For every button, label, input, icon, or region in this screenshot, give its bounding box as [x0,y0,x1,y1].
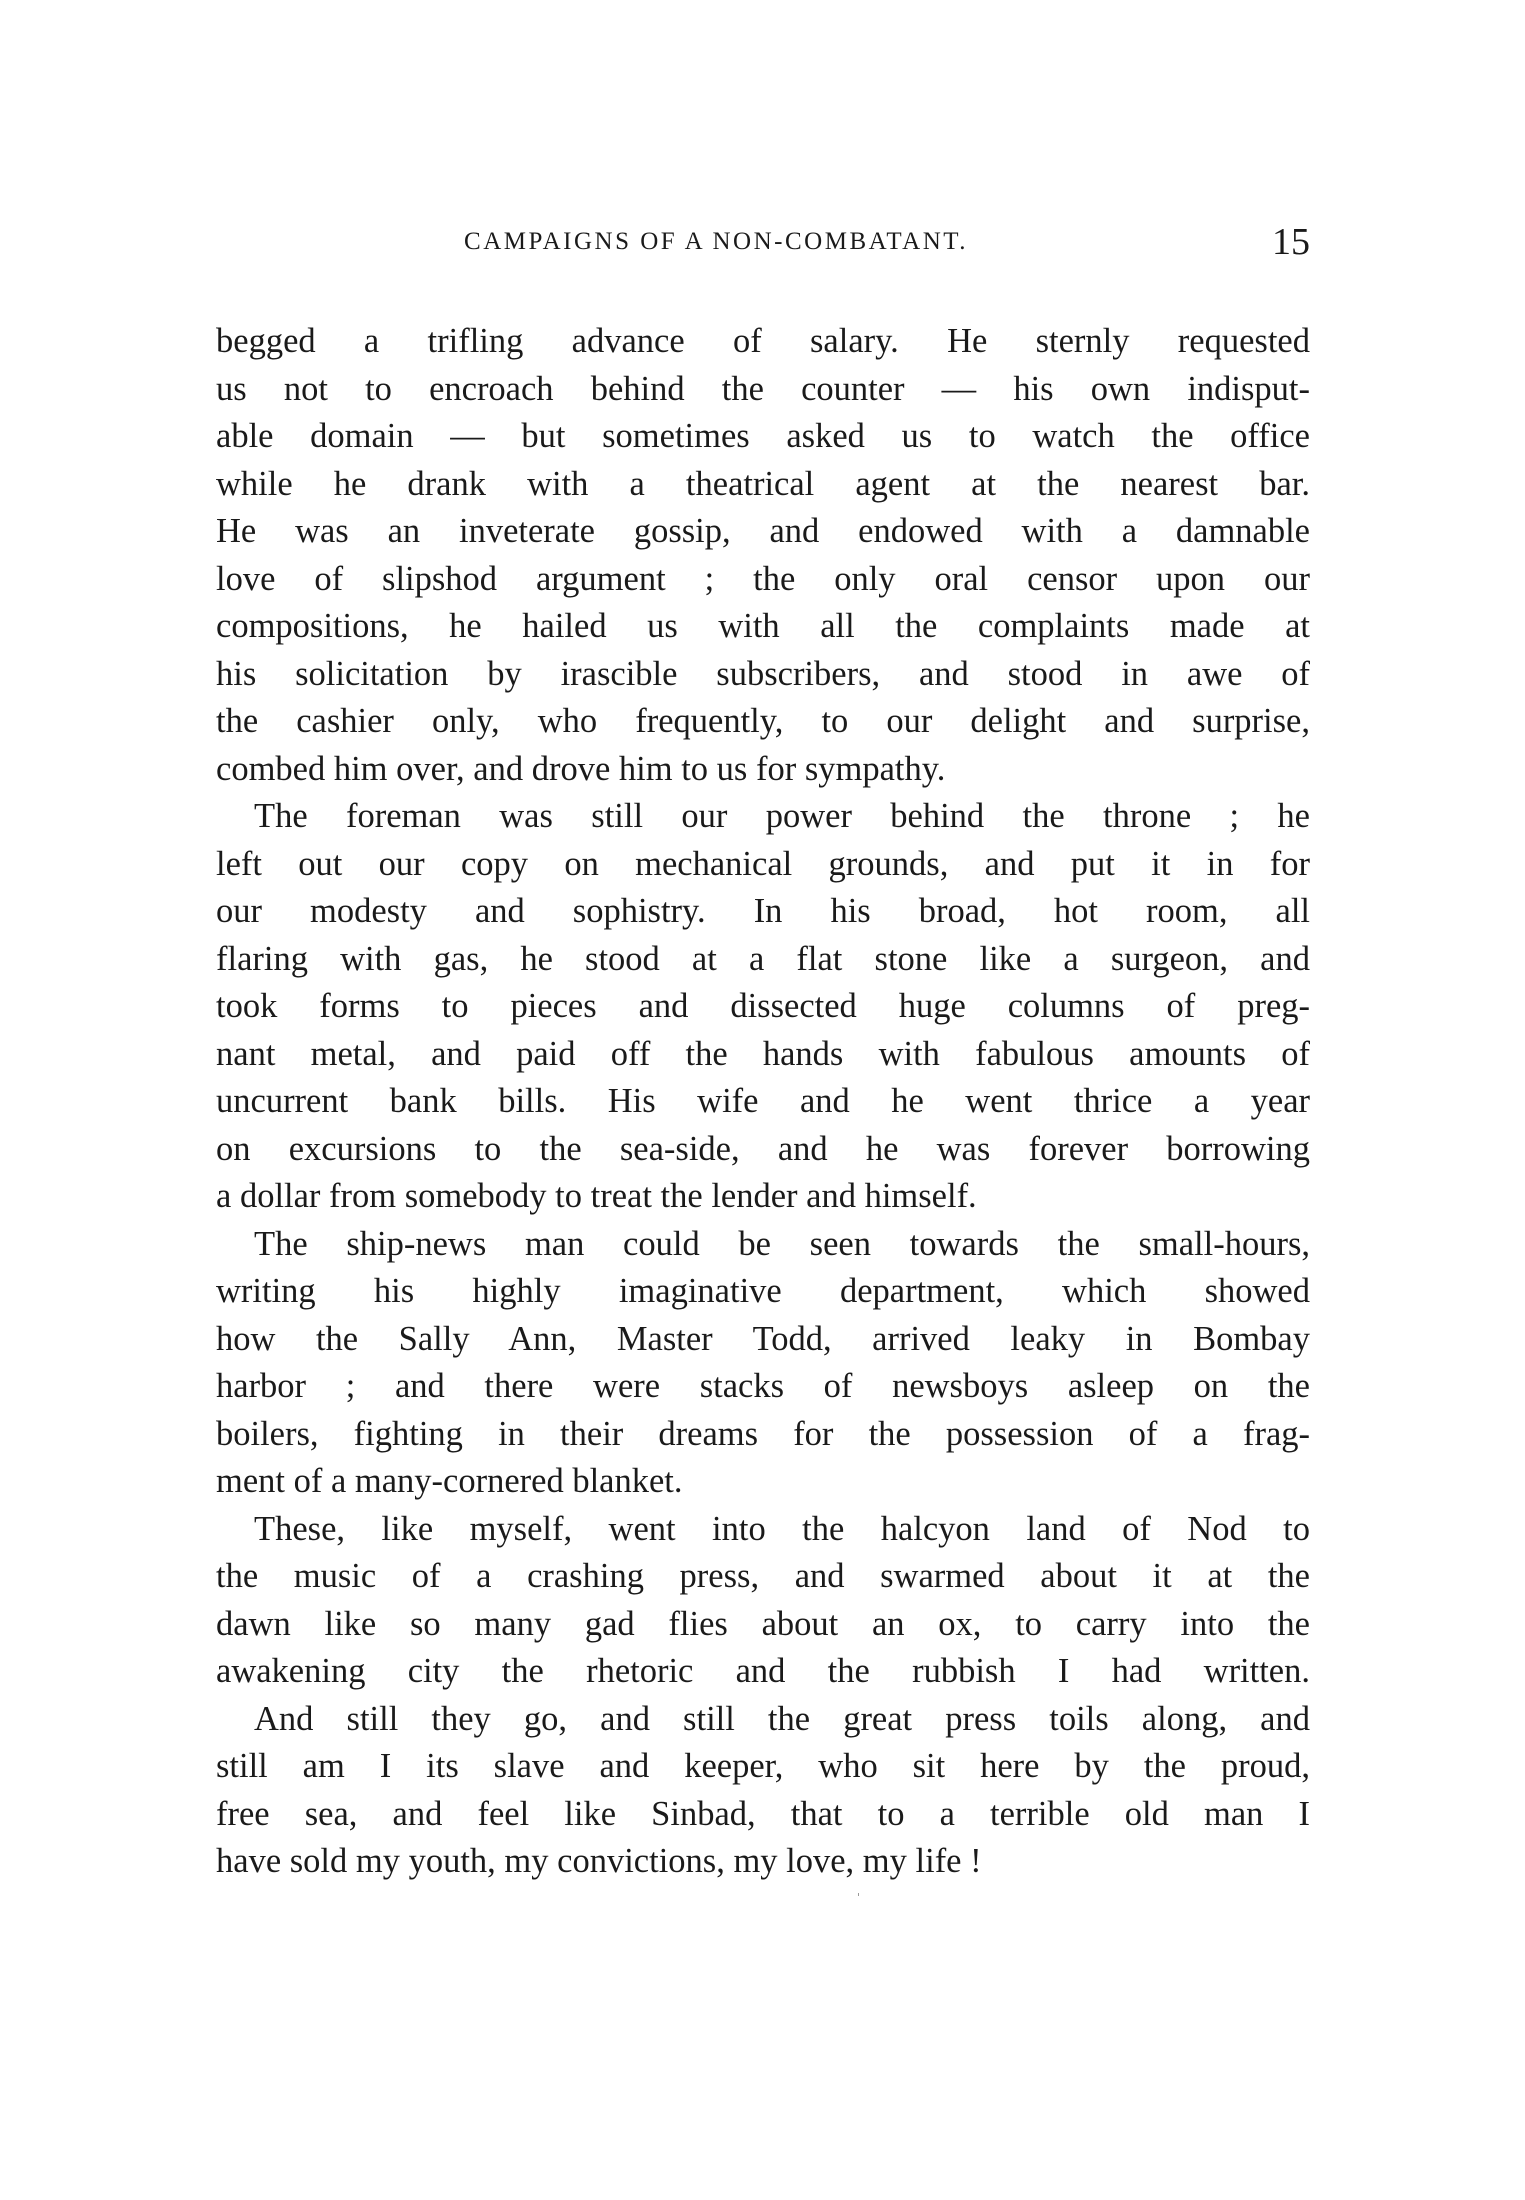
paragraph-3: The ship-news man could be seen towards … [216,1221,1310,1506]
text-line: have sold my youth, my convictions, my l… [216,1838,1310,1886]
text-line: the cashier only, who frequently, to our… [216,698,1310,746]
body-text: begged a trifling advance of salary. He … [216,318,1310,1886]
text-line: how the Sally Ann, Master Todd, arrived … [216,1316,1310,1364]
paragraph-5: And still they go, and still the great p… [216,1696,1310,1886]
running-title: CAMPAIGNS OF A NON-COMBATANT. [216,228,1216,256]
text-line: left out our copy on mechanical grounds,… [216,841,1310,889]
text-line: These, like myself, went into the halcyo… [216,1506,1310,1554]
text-line: able domain — but sometimes asked us to … [216,413,1310,461]
text-line: awakening city the rhetoric and the rubb… [216,1648,1310,1696]
running-head: CAMPAIGNS OF A NON-COMBATANT. 15 [216,220,1310,270]
text-line: harbor ; and there were stacks of newsbo… [216,1363,1310,1411]
book-page: CAMPAIGNS OF A NON-COMBATANT. 15 begged … [0,0,1525,2200]
text-line: his solicitation by irascible subscriber… [216,651,1310,699]
text-line: us not to encroach behind the counter — … [216,366,1310,414]
text-line: the music of a crashing press, and swarm… [216,1553,1310,1601]
text-line: He was an inveterate gossip, and endowed… [216,508,1310,556]
text-line: The ship-news man could be seen towards … [216,1221,1310,1269]
text-line: begged a trifling advance of salary. He … [216,318,1310,366]
text-line: still am I its slave and keeper, who sit… [216,1743,1310,1791]
text-line: uncurrent bank bills. His wife and he we… [216,1078,1310,1126]
paragraph-2: The foreman was still our power behind t… [216,793,1310,1221]
text-line: nant metal, and paid off the hands with … [216,1031,1310,1079]
page-number: 15 [1272,220,1310,264]
text-line: boilers, fighting in their dreams for th… [216,1411,1310,1459]
text-line: combed him over, and drove him to us for… [216,746,1310,794]
text-line: compositions, he hailed us with all the … [216,603,1310,651]
text-line: our modesty and sophistry. In his broad,… [216,888,1310,936]
scan-speck [858,1893,859,1896]
text-line: a dollar from somebody to treat the lend… [216,1173,1310,1221]
text-line: The foreman was still our power behind t… [216,793,1310,841]
paragraph-4: These, like myself, went into the halcyo… [216,1506,1310,1696]
text-line: love of slipshod argument ; the only ora… [216,556,1310,604]
text-line: on excursions to the sea-side, and he wa… [216,1126,1310,1174]
text-line: free sea, and feel like Sinbad, that to … [216,1791,1310,1839]
text-line: writing his highly imaginative departmen… [216,1268,1310,1316]
paragraph-1: begged a trifling advance of salary. He … [216,318,1310,793]
text-line: And still they go, and still the great p… [216,1696,1310,1744]
text-line: ment of a many-cornered blanket. [216,1458,1310,1506]
text-line: dawn like so many gad flies about an ox,… [216,1601,1310,1649]
text-line: while he drank with a theatrical agent a… [216,461,1310,509]
text-line: took forms to pieces and dissected huge … [216,983,1310,1031]
text-line: flaring with gas, he stood at a flat sto… [216,936,1310,984]
